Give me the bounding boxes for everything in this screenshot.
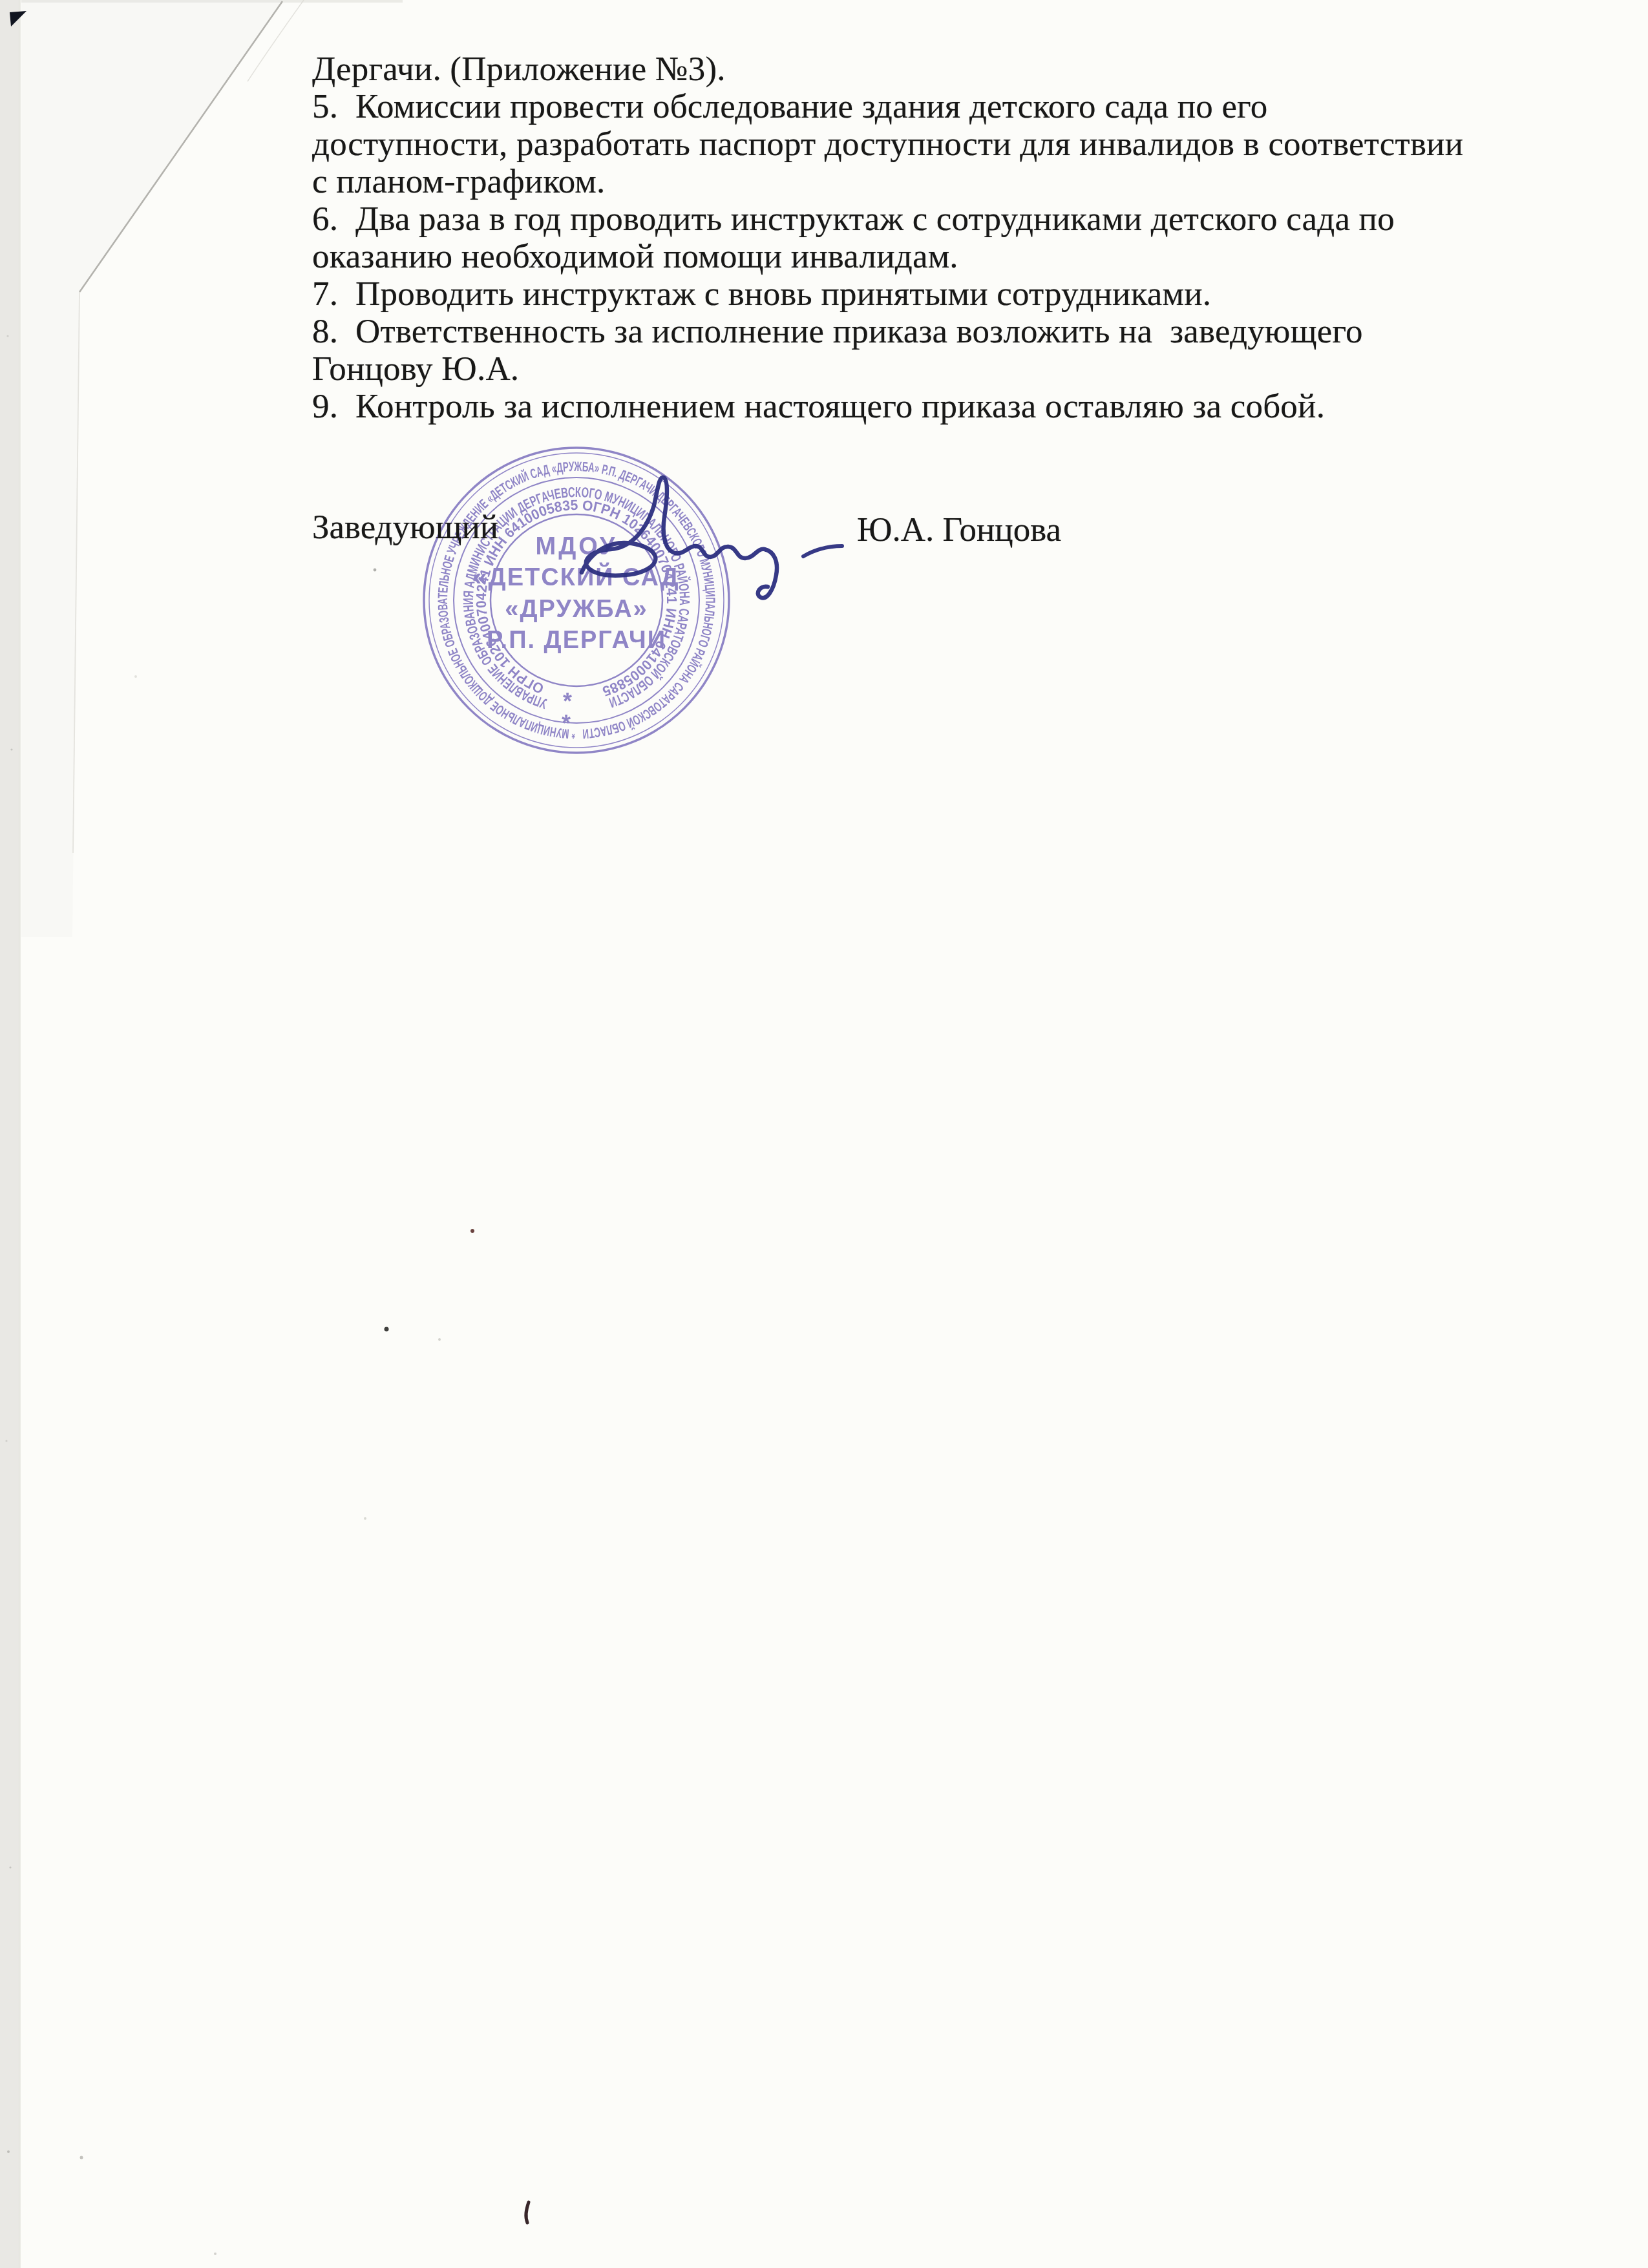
stamp-center-line-4: Р.П. ДЕРГАЧИ xyxy=(487,627,666,654)
stamp-center-text: МДОУ «ДЕТСКИЙ САД «ДРУЖБА» Р.П. ДЕРГАЧИ … xyxy=(473,533,679,737)
signer-name: Ю.А. Гонцова xyxy=(857,511,1061,549)
document-body-text: Дергачи. (Приложение №3). 5. Комиссии пр… xyxy=(312,50,1611,425)
stamp-center-line-3: «ДРУЖБА» xyxy=(505,596,648,623)
document-line: 9. Контроль за исполнением настоящего пр… xyxy=(312,388,1611,425)
scan-specks xyxy=(80,569,529,2255)
stamp-ring-numbers-text: ОГРН 1026400704241 ИНН 6410005835 ОГРН 1… xyxy=(473,497,680,700)
handwritten-signature xyxy=(582,478,842,598)
document-line: 7. Проводить инструктаж с вновь принятым… xyxy=(312,275,1611,313)
document-line: доступности, разработать паспорт доступн… xyxy=(312,125,1611,163)
scanned-document-page: * МУНИЦИПАЛЬНОЕ ДОШКОЛЬНОЕ ОБРАЗОВАТЕЛЬН… xyxy=(0,0,1648,2268)
scanner-edge-strip xyxy=(0,0,21,2268)
stamp-star-2: * xyxy=(562,710,571,737)
document-line: 5. Комиссии провести обследование здания… xyxy=(312,88,1611,125)
document-line: Дергачи. (Приложение №3). xyxy=(312,50,1611,88)
signer-role-label: Заведующий xyxy=(312,509,498,546)
stamp-inner-circle xyxy=(491,514,662,686)
stamp-star-1: * xyxy=(563,688,572,715)
document-line: 6. Два раза в год проводить инструктаж с… xyxy=(312,200,1611,238)
document-line: Гонцову Ю.А. xyxy=(312,350,1611,388)
stamp-center-line-2: «ДЕТСКИЙ САД xyxy=(473,562,679,591)
stamp-ring-outer-text: * МУНИЦИПАЛЬНОЕ ДОШКОЛЬНОЕ ОБРАЗОВАТЕЛЬН… xyxy=(436,459,717,741)
document-line: оказанию необходимой помощи инвалидам. xyxy=(312,238,1611,275)
stamp-outer-inner-circle xyxy=(429,453,724,748)
official-stamp: * МУНИЦИПАЛЬНОЕ ДОШКОЛЬНОЕ ОБРАЗОВАТЕЛЬН… xyxy=(424,448,729,753)
corner-scan-mark xyxy=(10,11,26,26)
document-line: 8. Ответственность за исполнение приказа… xyxy=(312,313,1611,350)
stamp-center-line-1: МДОУ xyxy=(536,533,618,560)
stamp-outer-circle xyxy=(424,448,729,753)
document-line: с планом-графиком. xyxy=(312,163,1611,200)
